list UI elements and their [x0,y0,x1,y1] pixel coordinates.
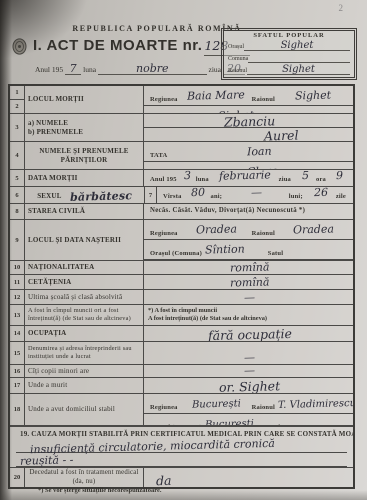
state-seal-icon [12,38,27,60]
row-number: 13 [10,305,25,325]
orasul-label: Orașul (Comuna) [150,250,205,258]
nationalitate-handwritten: romînă [230,262,270,272]
row-ocupatia: 14 OCUPAȚIA fără ocupație [10,326,353,342]
row-number: 1 2 [10,86,25,113]
regiunea-handwritten: Baia Mare [181,86,252,104]
regiunea-label: Regiunea [150,230,181,238]
sfat-comuna-label: Comuna [228,56,248,63]
row-number: 6 [10,187,25,203]
orasul-handwritten: Sîntion [205,240,268,258]
row-cetatenia: 11 CETĂȚENIA romînă [10,275,353,290]
cauza-line-1: insuficiență circulatorie, miocardită cr… [16,438,347,453]
virsta-handwritten: 80 [185,187,211,201]
row-label: Denumirea și adresa întreprinderii sau i… [25,342,144,364]
row-label: Decedatul a fost în tratament medical (d… [25,468,144,487]
row-number: 4 [10,142,25,169]
row-locul-mortii: 1 2 LOCUL MORȚII Regiunea Baia Mare Raio… [10,86,353,114]
cauza-line-2: reușită - - [16,453,347,468]
row-number: 14 [10,326,25,341]
regiunea-label: Regiunea [150,404,181,412]
cetatenie-handwritten: romînă [230,277,270,287]
row-locul-nasterii: 9 LOCUL ȘI DATA NAȘTERII Regiunea Oradea… [10,220,353,261]
anul-label: Anul 195 [150,176,180,184]
sexul-handwritten: bărbătesc [69,191,131,202]
sfat-title: SFATUL POPULAR [228,32,350,39]
anul-handwritten: 7 [65,64,81,75]
row-number: 9 [10,220,25,260]
row-unde-a-murit: 17 Unde a murit or. Sighet [10,378,353,394]
row-number: 8 [10,204,25,219]
orasul-handwritten: Sighet [205,106,268,114]
luna-label: luna [196,176,212,184]
copii-handwritten: — [244,366,255,375]
nume-handwritten: Zbanciu [224,116,275,126]
raionul-label: Raionul [252,230,278,238]
luni-handwritten: — [225,187,289,201]
raionul-label: Raionul [252,404,278,412]
row-label: a) NUMELE b) PRENUMELE [25,114,144,141]
virsta-label: Vîrsta [163,193,185,201]
note-cimpul-muncii: *) A fost în cîmpul muncii [148,307,349,316]
zile-handwritten: 26 [306,187,336,201]
prenume-handwritten: Aurel [264,131,299,141]
sfat-comuna-value [248,62,350,63]
sfat-raionul-label: Raionul [228,68,247,75]
anul-handwritten: 3 [180,170,196,184]
row-label: SEXUL bărbătesc [25,187,144,203]
row-label: LOCUL MORȚII [25,86,144,113]
ziua-handwritten: 5 [294,170,316,184]
row-ultima-scoala: 12 Ultima școală și clasă absolvită — [10,290,353,305]
row-nationalitatea: 10 NAȚIONALITATEA romînă [10,261,353,275]
row-nume-prenume: 3 a) NUMELE b) PRENUMELE Zbanciu Aurel [10,114,353,142]
row-number: 11 [10,275,25,289]
row-cimpul-muncii: 13 A fost în cîmpul muncii ori a fost în… [10,305,353,326]
row-copii-minori: 16 Cîți copii minori are — [10,365,353,378]
row-number: 17 [10,378,25,393]
row-tratament-medical: 20 Decedatul a fost în tratament medical… [10,468,353,487]
row-sexul-virsta: 6 SEXUL bărbătesc 7 Vîrsta 80 ani; — lun… [10,187,353,204]
row-number-7: 7 [144,187,157,203]
intreprindere-handwritten: — [244,353,255,362]
tratament-handwritten: da [156,476,172,485]
death-certificate-scan: 2 REPUBLICA POPULARĂ ROMÎNĂ I. ACT DE MO… [0,0,367,500]
row-label: Unde a avut domiciliul stabil [25,394,144,425]
anul-label: Anul 195 [33,65,65,75]
sfat-orasul-value: Sighet [244,41,350,51]
row-number: 12 [10,290,25,304]
sfatul-popular-box: SFATUL POPULAR Orașul Sighet Comuna Raio… [223,30,355,78]
row-label: Unde a murit [25,378,144,393]
act-date-row: Anul 195 7 luna nobre ziua 20 [33,64,245,75]
satul-handwritten [286,106,349,114]
regiunea-handwritten: Oradea [181,220,252,238]
row-label: A fost în cîmpul muncii ori a fost între… [25,305,144,325]
orasul-handwritten: București [205,414,265,426]
row-label: Ultima școală și clasă absolvită [25,290,144,304]
row-number: 5 [10,170,25,186]
regiunea-handwritten: București [181,394,252,412]
row-label: NUMELE ȘI PRENUMELE PĂRINȚILOR [25,142,144,169]
row-intreprindere: 15 Denumirea și adresa întreprinderii sa… [10,342,353,365]
row-label: Cîți copii minori are [25,365,144,377]
row-starea-civila: 8 STAREA CIVILĂ Necăs. Căsăt. Văduv, Div… [10,204,353,220]
mama-handwritten: Clara [175,162,349,170]
raionul-handwritten: Oradea [278,220,349,238]
row-label: NAȚIONALITATEA [25,261,144,274]
row-number: 18 [10,394,25,425]
loc-deces-handwritten: or. Sighet [219,381,280,392]
act-title: I. ACT DE MOARTE nr. [33,37,202,54]
zile-label: zile [336,193,349,201]
luna-label: luna [81,65,98,75]
ziua-label: ziua [279,176,294,184]
scoala-handwritten: — [244,293,255,302]
row-number: 3 [10,114,25,141]
luni-label: luni; [289,193,306,201]
row-label: DATA MORȚII [25,170,144,186]
sfat-orasul-label: Orașul [228,44,244,51]
row-data-mortii: 5 DATA MORȚII Anul 195 3 luna februarie … [10,170,353,187]
ora-handwritten: 9 [329,170,349,184]
row-label: LOCUL ȘI DATA NAȘTERII [25,220,144,260]
act-title-row: I. ACT DE MOARTE nr. 128 [33,37,250,56]
tata-handwritten: Ioan [170,142,349,160]
raionul-label: Raionul [252,96,278,104]
note-intretinut: A fost întreținut(ă) (de Stat sau de alt… [148,315,349,324]
tata-label: TATA [150,152,170,160]
row-number: 20 [10,468,25,487]
page-mark: 2 [339,3,344,13]
row-number: 15 [10,342,25,364]
row-domiciliu: 18 Unde a avut domiciliul stabil Regiune… [10,394,353,426]
form-table: 1 2 LOCUL MORȚII Regiunea Baia Mare Raio… [8,84,355,489]
row-label: CETĂȚENIA [25,275,144,289]
raionul-handwritten: T. Vladimirescu [278,394,349,412]
footnote: *) Se vor șterge situațiile necorespunză… [38,487,161,494]
row-label: STAREA CIVILĂ [25,204,144,219]
raionul-handwritten: Sighet [278,86,349,104]
ziua-label: ziua [207,65,224,75]
satul-label: Satul [268,250,286,258]
ora-label: ora [316,176,329,184]
row-cauza-mortii: 19. CAUZA MORȚII STABILITĂ PRIN CERTIFIC… [10,426,353,468]
sfat-raionul-value: Sighet [247,65,350,75]
cauza-mortii-label: 19. CAUZA MORȚII STABILITĂ PRIN CERTIFIC… [10,427,353,438]
starea-civila-options: Necăs. Căsăt. Văduv, Divorțat(ă) Necunos… [150,207,305,214]
row-parinti: 4 NUMELE ȘI PRENUMELE PĂRINȚILOR TATA Io… [10,142,353,170]
row-number: 10 [10,261,25,274]
luna-handwritten: nobre [98,64,206,75]
row-number: 16 [10,365,25,377]
ocupatie-handwritten: fără ocupație [207,329,291,340]
luna-handwritten: februarie [212,170,279,184]
ani-label: ani; [211,193,226,201]
row-label: OCUPAȚIA [25,326,144,341]
regiunea-label: Regiunea [150,96,181,104]
